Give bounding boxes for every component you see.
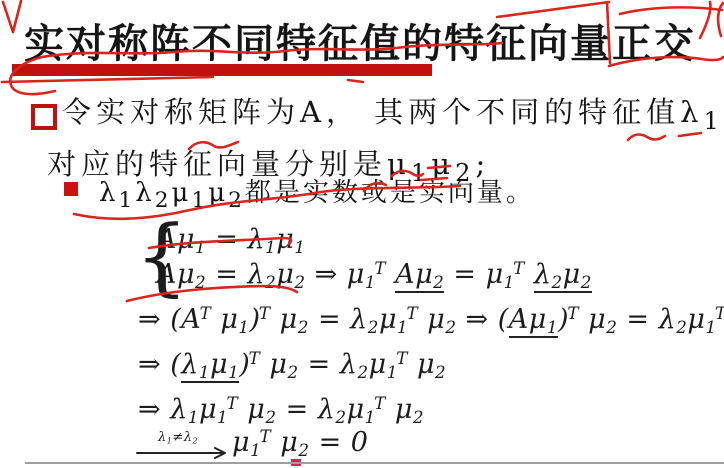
hollow-square-bullet-icon <box>31 104 57 130</box>
math-line-3: ⇒ (AT μ1)T μ2 = λ2μ1T μ2 ⇒ (Aμ1)T μ2 = λ… <box>138 303 724 337</box>
math-conclusion: μ1T μ2 = 0 <box>232 426 368 460</box>
math-line-5: ⇒ λ1μ1T μ2 = λ2μ1T μ2 <box>138 393 424 427</box>
math-equation-2: Aμ2 = λ2μ2 ⇒ μ1T Aμ2 = μ1T λ2μ2 <box>157 258 592 292</box>
math-line-4: ⇒ (λ1μ1)T μ2 = λ2μ1T μ2 <box>138 348 446 382</box>
pen-corner-hook-1 <box>700 2 711 38</box>
pen-corner-hook-2 <box>718 3 723 36</box>
slide: 实对称阵不同特征值的特征向量正交 令实对称矩阵为A， 其两个不同的特征值λ1λ2… <box>0 0 724 468</box>
implies-arrow-icon <box>136 447 232 459</box>
pen-underbar-dash <box>348 80 363 82</box>
pen-tilde-under-lambda12 <box>628 135 665 141</box>
title-underline-bar <box>12 64 432 76</box>
pen-underbar-line <box>2 77 213 82</box>
slide-title: 实对称阵不同特征值的特征向量正交 <box>24 12 696 69</box>
slide-footer-line <box>25 462 724 464</box>
pen-v-mark <box>3 1 21 32</box>
filled-square-bullet-icon <box>64 182 78 196</box>
math-equation-1: Aμ1 = λ1μ1 <box>157 224 305 257</box>
arrow-condition-label: λ1≠λ2 <box>158 430 198 445</box>
bullet1-line1: 令实对称矩阵为A， 其两个不同的特征值λ1λ2 <box>62 90 724 135</box>
